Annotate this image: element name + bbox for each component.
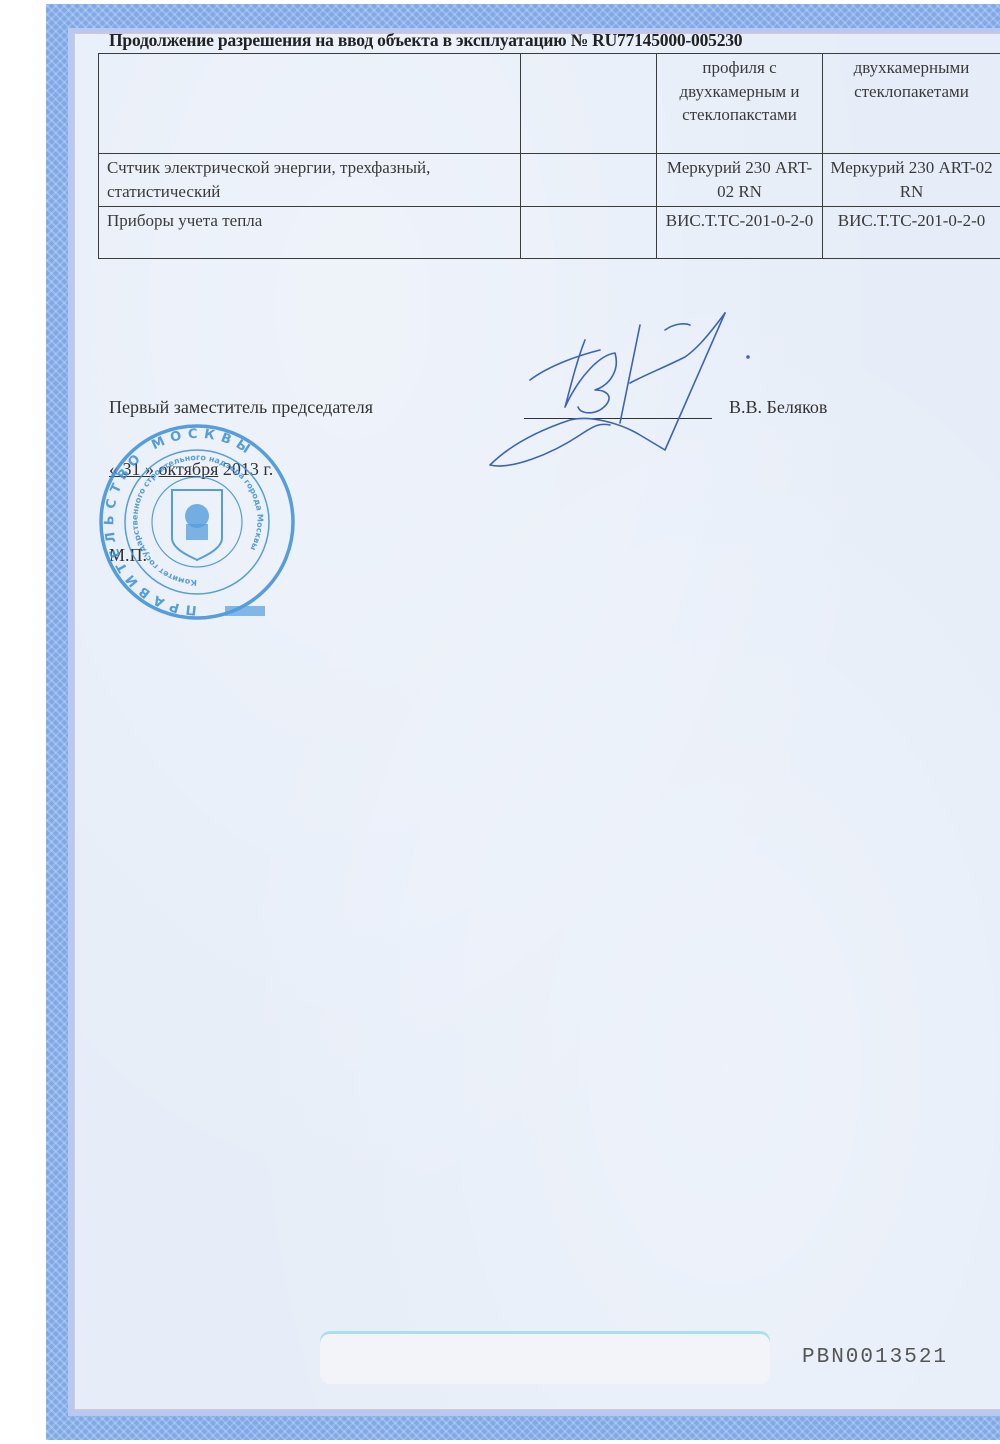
document-title: Продолжение разрешения на ввод объекта в… — [109, 30, 989, 51]
table-cell — [521, 154, 657, 207]
table-cell — [521, 207, 657, 259]
serial-blank-field — [320, 1334, 770, 1384]
signer-position: Первый заместитель председателя — [109, 397, 373, 418]
equipment-table: профиля с двухкамерным и стеклопакстами … — [98, 53, 1000, 259]
handwritten-signature-icon — [470, 295, 770, 475]
table-cell: Приборы учета тепла — [99, 207, 521, 259]
table-row: Счтчик электрической энергии, трехфазный… — [99, 154, 1000, 207]
table-cell: ВИС.Т.ТС-201-0-2-0 — [823, 207, 1000, 259]
table-cell: Счтчик электрической энергии, трехфазный… — [99, 154, 521, 207]
form-serial-number: PBN0013521 — [802, 1346, 948, 1369]
official-stamp-icon: ПРАВИТЕЛЬСТВО МОСКВЫ Комитет государстве… — [90, 420, 305, 620]
table-row: профиля с двухкамерным и стеклопакстами … — [99, 54, 1000, 154]
table-cell: ВИС.Т.ТС-201-0-2-0 — [657, 207, 823, 259]
table-cell: Меркурий 230 ART-02 RN — [657, 154, 823, 207]
table-row: Приборы учета тепла ВИС.Т.ТС-201-0-2-0 В… — [99, 207, 1000, 259]
table-cell: профиля с двухкамерным и стеклопакстами — [657, 54, 823, 154]
table-cell: Меркурий 230 ART-02 RN — [823, 154, 1000, 207]
table-cell — [99, 54, 521, 154]
table-cell: двухкамерными стеклопакетами — [823, 54, 1000, 154]
table-cell — [521, 54, 657, 154]
